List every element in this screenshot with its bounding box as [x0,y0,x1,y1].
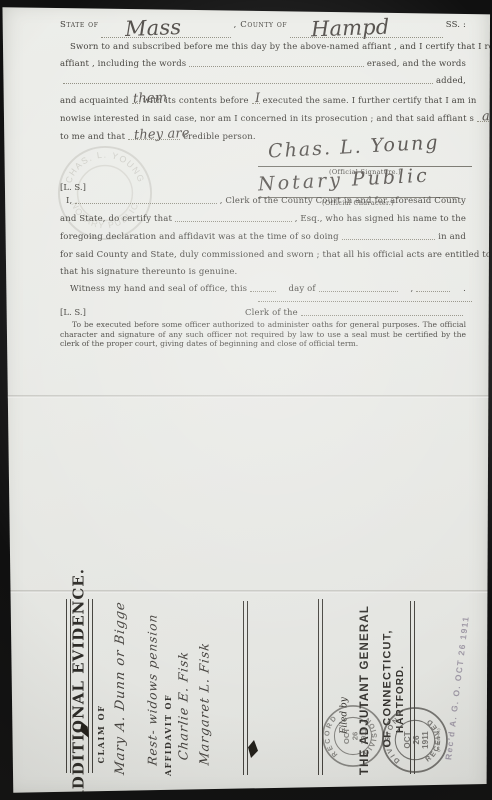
comma: , [401,284,414,294]
certificate-line-2-post: , Esq., who has signed his name to the [295,214,466,224]
jurat-line-2: affiant , including the words erased, an… [60,59,466,69]
certificate-line-2: and State, do certify that , Esq., who h… [60,214,466,224]
clerk-name-blank [75,203,216,204]
clerk-of-label: Clerk of the [245,308,298,318]
seal-arc-top-text: CHAS. L. YOUNG [63,150,146,185]
county-blank: Hampd [290,37,443,38]
record-division-stamp: RECORD DIVISION OCT 26 1911 [321,704,385,768]
month-blank [319,291,398,292]
executed-blank: I [252,103,260,104]
i-handwriting: I [255,91,261,106]
extra-signature-blank [258,301,472,302]
paper-sheet: State of Mass , County of Hampd SS. : Sw… [0,0,492,800]
svg-text:DIVISION: DIVISION [384,715,402,765]
received-stamp-day: 26 [412,735,421,745]
them-blank: them [132,103,140,104]
them-handwriting: them [132,90,167,106]
jurat-line-6-post: credible person. [183,132,256,142]
jurat-line-6-pre: to me and that [60,132,125,142]
certificate-line-4: for said County and State, duly commissi… [60,250,466,260]
received-stamp-month: OCT [403,731,412,748]
jurat-line-5-pre: nowise interested in said case, nor am I… [60,114,474,124]
they-are-handwriting: they are [134,126,190,143]
year-blank [416,291,450,292]
day-blank [250,291,275,292]
ls-marker-1: [L. S.] [60,183,86,193]
affiant-1-handwriting: Charlie E. Fisk [176,638,191,772]
added-words-blank [63,83,433,84]
affiant-2-handwriting: Margaret L. Fisk [197,628,212,778]
received-division-stamp: DIVISION RECEIVED OCT 26 1911 (W-12-23-0… [381,706,449,774]
certificate-line-5: that his signature thereunto is genuine. [60,267,466,277]
instructions-footnote: To be executed before some officer autho… [60,320,466,349]
state-blank: Mass [101,37,230,38]
certificate-line-2-pre: and State, do certify that [60,214,172,224]
jurat-line-3: added, [60,76,466,86]
certificate-line-1: I, , Clerk of the County Court in and fo… [66,196,466,206]
received-ago-stamp: Rec'd A. G. O. OCT 26 1911 [442,608,475,769]
certificate-line-1-post: , Clerk of the County Court in and for a… [220,196,466,206]
office-blank [342,239,436,240]
fold-crease-upper [0,395,492,398]
svg-text:CHAS. L. YOUNG: CHAS. L. YOUNG [63,150,146,185]
clerk-of-line: Clerk of the [245,308,466,318]
claim-name-handwriting: Mary A. Dunn or Bigge [111,597,129,780]
jurat-line-4: and acquainted them with its contents be… [60,96,466,106]
claim-note-handwriting: Rest- widows pension [145,614,160,764]
scanned-affidavit-photo: State of Mass , County of Hampd SS. : Sw… [0,0,492,800]
jurat-line-2-pre: affiant , including the words [60,59,186,69]
esq-name-blank [175,221,292,222]
county-handwriting: Hampd [311,15,390,42]
they-are-blank: they are [128,139,180,140]
received-stamp-year: 1911 [421,731,430,749]
certificate-line-3-post: in and [438,232,466,242]
claim-of-label: CLAIM OF [96,691,106,777]
jurat-line-4-pre: and acquainted [60,96,129,106]
received-stamp-code: (W-12-23-06.) [436,728,440,752]
county-label: , County of [234,20,287,30]
clerk-of-blank [301,315,463,316]
record-stamp-month: OCT [342,728,351,745]
ss-label: SS. : [446,20,466,30]
header-line: State of Mass , County of Hampd SS. : [60,20,466,40]
jurat-line-1: Sworn to and subscribed before me this d… [60,42,466,52]
docket-rule-title-right [88,599,93,773]
embossed-notary-seal: CHAS. L. YOUNG NOTARY PUBLIC [56,144,154,242]
are-handwriting: are [482,109,492,125]
erased-words-blank [189,66,364,67]
day-of-label: day of [279,284,316,294]
affidavit-of-label: AFFIDAVIT OF [163,690,173,780]
jurat-line-5: nowise interested in said case, nor am I… [60,114,466,124]
docket-title: ADDITIONAL EVIDENCE. [68,597,90,774]
certificate-line-3: foregoing declaration and affidavit was … [60,232,466,242]
certificate-line-6: Witness my hand and seal of office, this… [60,284,466,294]
are-blank: are [477,121,492,122]
ls-marker-2: [L. S.] [60,308,86,318]
ink-blot-2 [248,740,258,758]
witness-text: Witness my hand and seal of office, this [60,284,247,294]
docket-rule-middle [243,601,248,775]
received-stamp-arc-top: DIVISION [384,715,402,765]
certificate-line-1-pre: I, [66,196,72,206]
period: . [453,284,466,294]
jurat-line-4-post: executed the same. I further certify tha… [263,96,477,106]
jurat-line-3-text: added, [436,76,466,86]
record-stamp-day: 26 [350,732,359,741]
state-label: State of [60,20,98,30]
record-stamp-year: 1911 [359,727,368,744]
state-handwriting: Mass [124,15,181,41]
jurat-line-2-post: erased, and the words [367,59,466,69]
certificate-line-3-pre: foregoing declaration and affidavit was … [60,232,339,242]
